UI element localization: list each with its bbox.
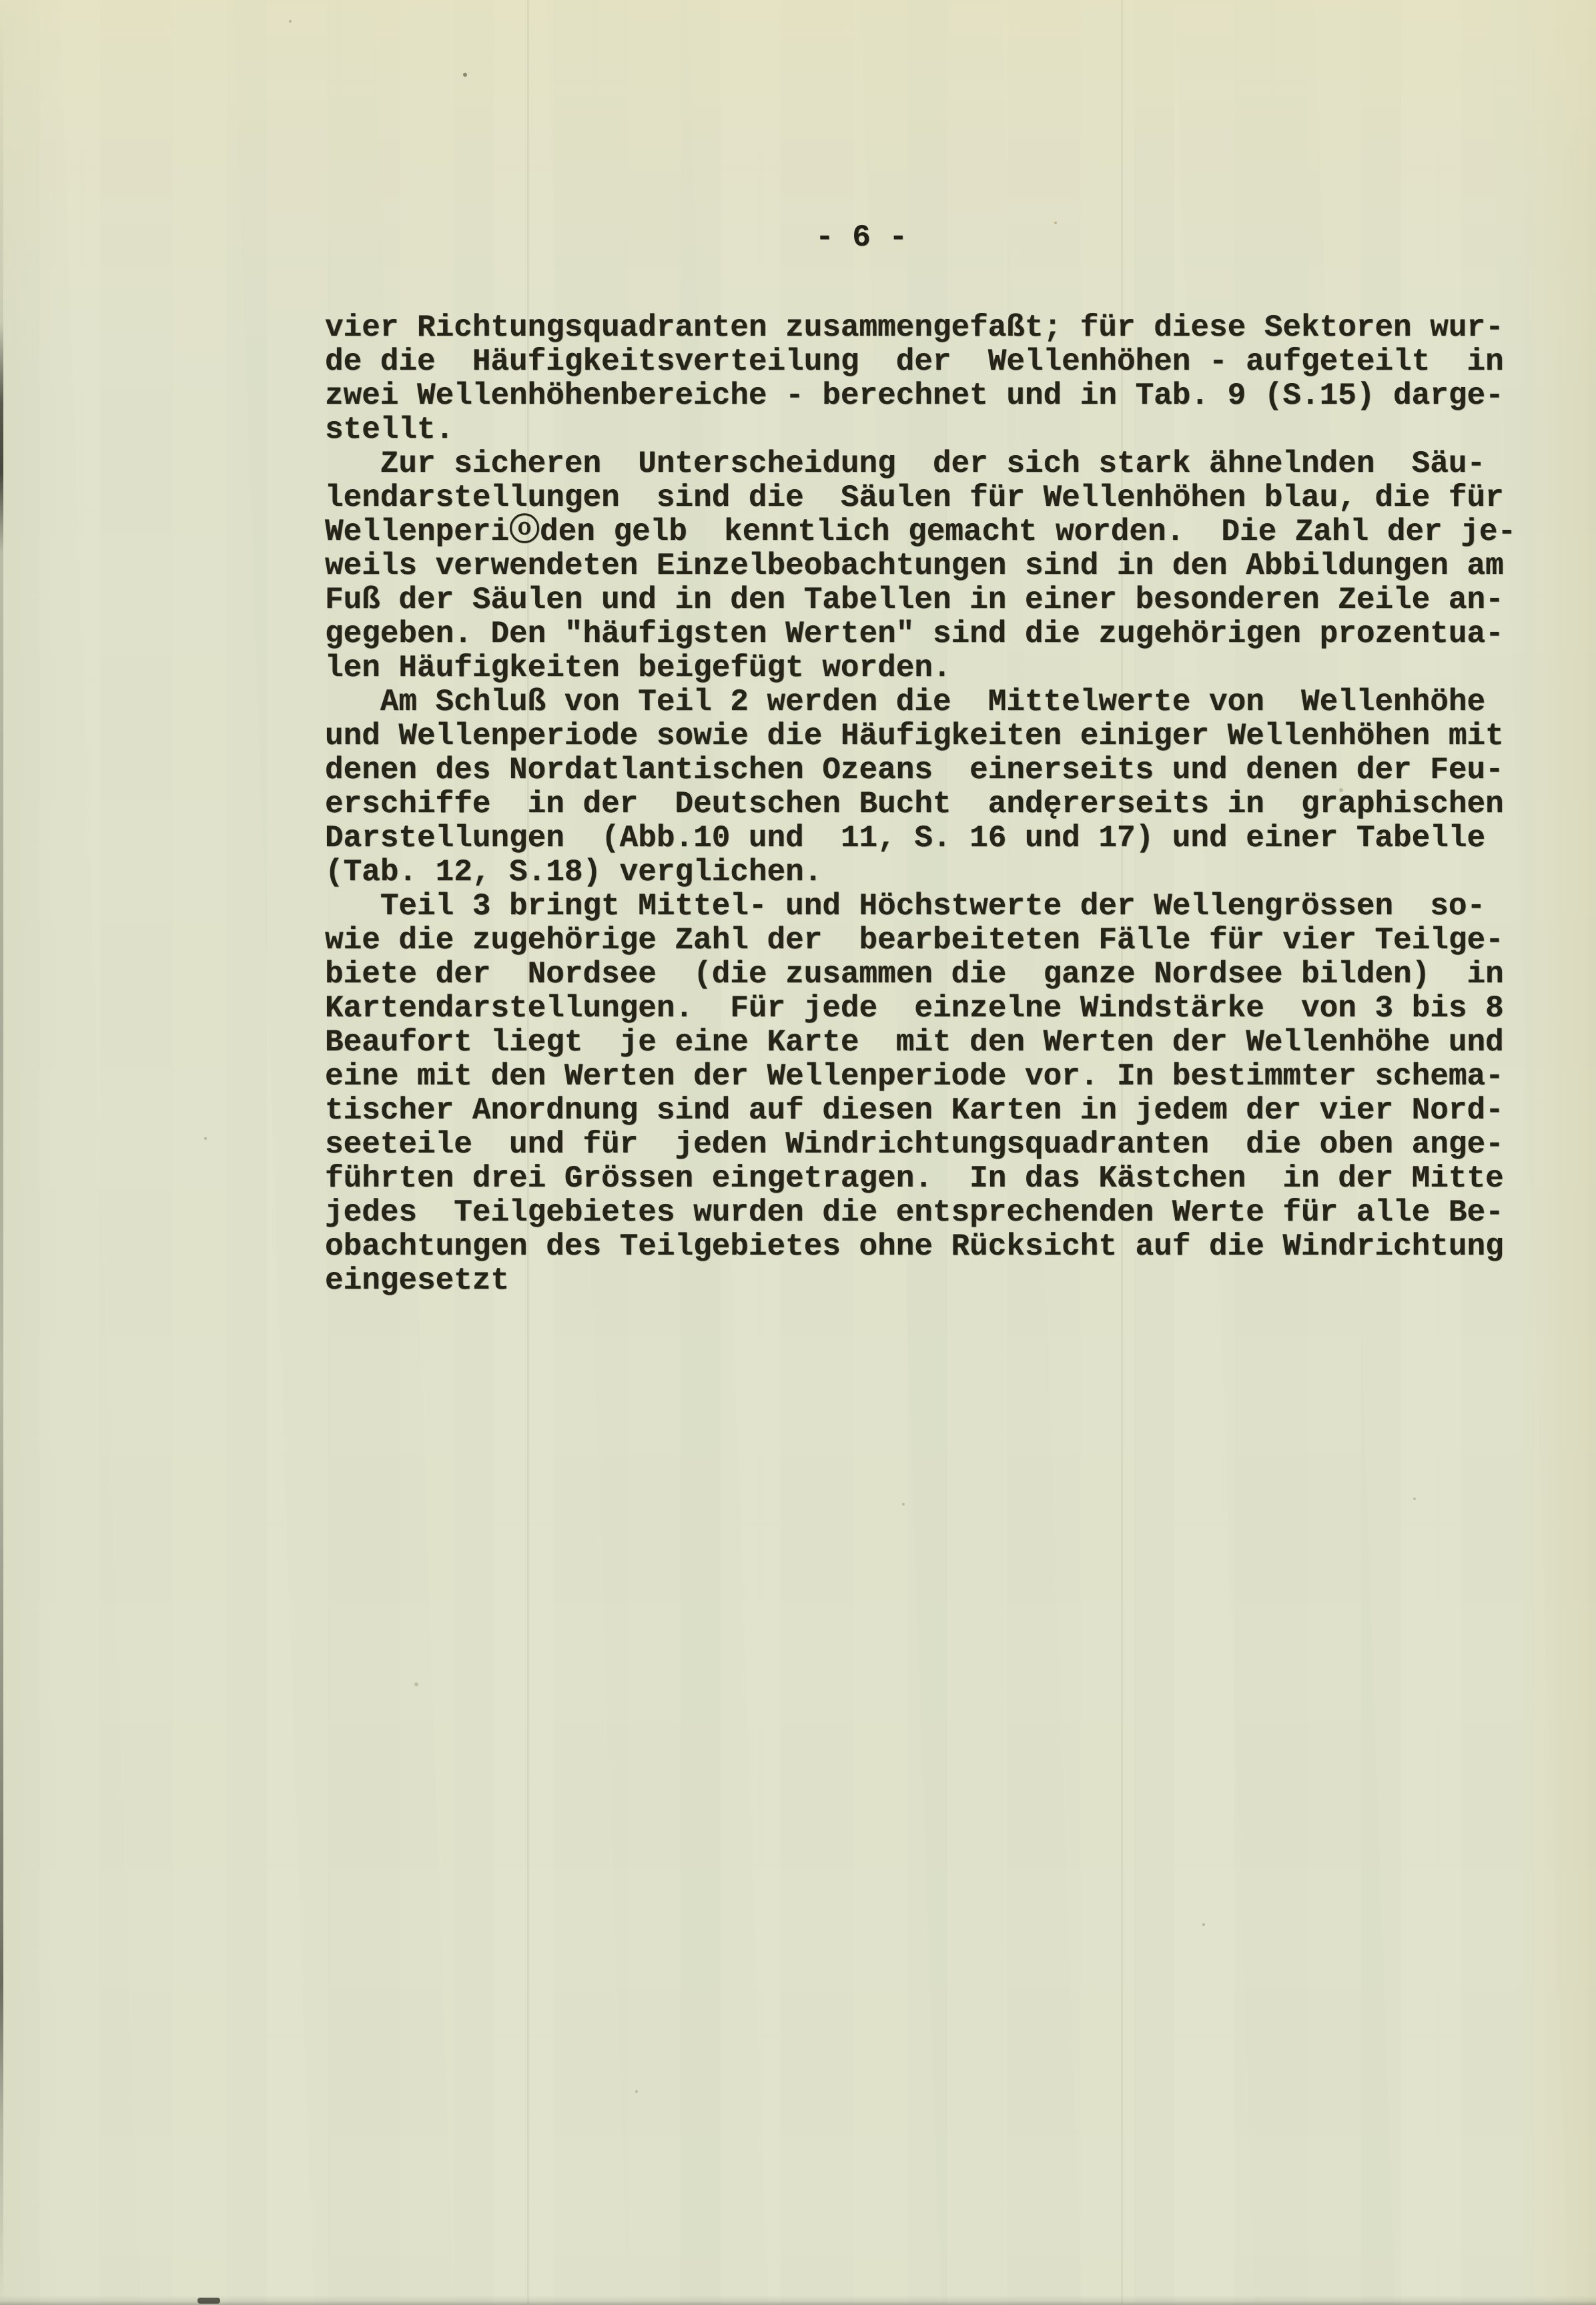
text-line: zwei Wellenhöhenbereiche - berechnet und… — [325, 379, 1519, 413]
text-line: Beaufort liegt je eine Karte mit den Wer… — [325, 1026, 1519, 1060]
paper-specks — [0, 0, 3, 3]
body-text: vier Richtungsquadranten zusammengefaßt;… — [325, 311, 1519, 1298]
text-line: tischer Anordnung sind auf diesen Karten… — [325, 1094, 1519, 1128]
text-line: denen des Nordatlantischen Ozeans einers… — [325, 753, 1519, 787]
text-line: (Tab. 12, S.18) verglichen. — [325, 856, 1519, 890]
text-line: biete der Nordsee (die zusammen die ganz… — [325, 958, 1519, 992]
text-line: Fuß der Säulen und in den Tabellen in ei… — [325, 583, 1519, 617]
text-line: weils verwendeten Einzelbeobachtungen si… — [325, 549, 1519, 583]
text-line: lendarstellungen sind die Säulen für Wel… — [325, 481, 1519, 515]
scanned-document-page: - 6 - vier Richtungsquadranten zusammeng… — [0, 0, 1596, 2305]
page-number: - 6 - — [815, 220, 907, 255]
text-line: gegeben. Den "häufigsten Werten" sind di… — [325, 617, 1519, 651]
text-line: erschiffe in der Deutschen Bucht andęrer… — [325, 787, 1519, 821]
scan-edge-left — [0, 0, 3, 2305]
text-line: stellt. — [325, 413, 1519, 447]
text-line: seeteile und für jeden Windrichtungsquad… — [325, 1128, 1519, 1162]
text-line: und Wellenperiode sowie die Häufigkeiten… — [325, 719, 1519, 753]
text-line: len Häufigkeiten beigefügt worden. — [325, 651, 1519, 685]
scan-edge-bottom — [0, 2296, 1596, 2305]
text-line: Am Schluß von Teil 2 werden die Mittelwe… — [325, 685, 1519, 719]
text-line: Teil 3 bringt Mittel- und Höchstwerte de… — [325, 890, 1519, 924]
text-line: Wellenperiⓞden gelb kenntlich gemacht wo… — [325, 515, 1519, 549]
text-line: wie die zugehörige Zahl der bearbeiteten… — [325, 924, 1519, 958]
text-line: eingesetzt — [325, 1264, 1519, 1298]
text-line: de die Häufigkeitsverteilung der Wellenh… — [325, 345, 1519, 379]
text-line: eine mit den Werten der Wellenperiode vo… — [325, 1060, 1519, 1094]
text-line: obachtungen des Teilgebietes ohne Rücksi… — [325, 1230, 1519, 1264]
text-line: führten drei Grössen eingetragen. In das… — [325, 1162, 1519, 1196]
text-line: Darstellungen (Abb.10 und 11, S. 16 und … — [325, 821, 1519, 856]
text-line: Zur sicheren Unterscheidung der sich sta… — [325, 447, 1519, 481]
text-line: vier Richtungsquadranten zusammengefaßt;… — [325, 311, 1519, 345]
scan-edge-mark — [197, 2298, 220, 2304]
text-line: Kartendarstellungen. Für jede einzelne W… — [325, 992, 1519, 1026]
text-line: jedes Teilgebietes wurden die entspreche… — [325, 1196, 1519, 1230]
